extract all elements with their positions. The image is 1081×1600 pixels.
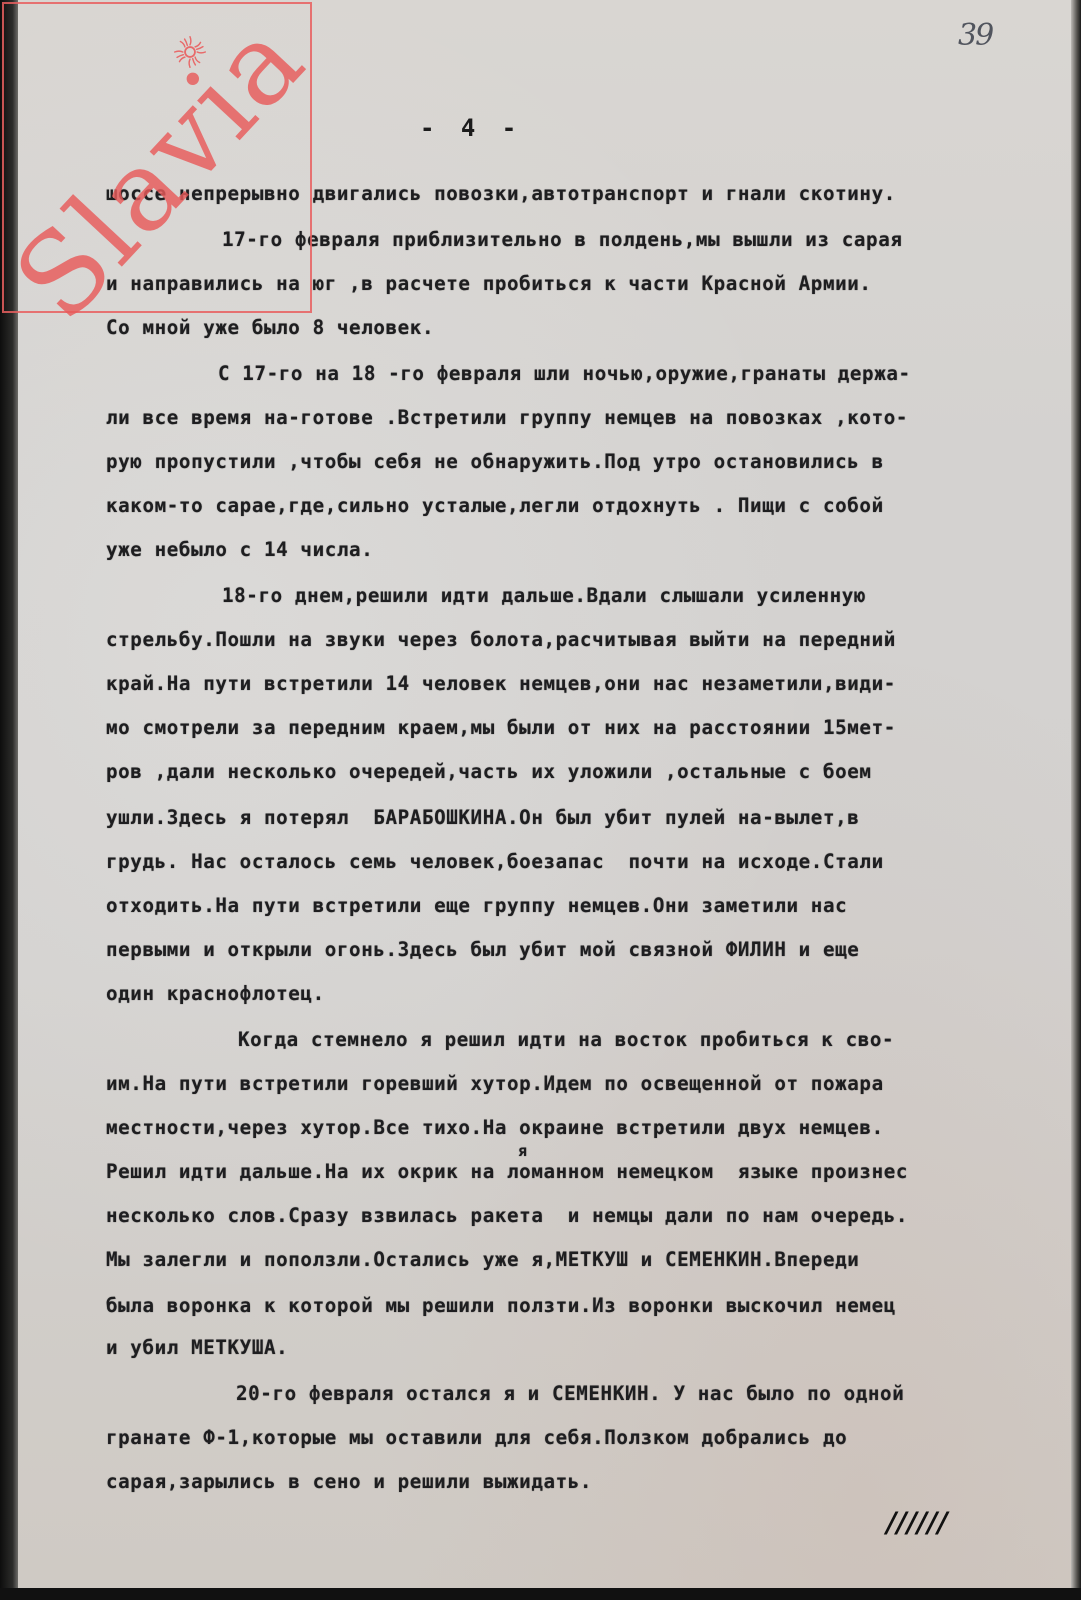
text-line: несколько слов.Сразу взвилась ракета и н… bbox=[106, 1204, 908, 1227]
handwritten-insertion: я bbox=[518, 1142, 528, 1160]
folio-number: 39 bbox=[958, 18, 992, 53]
text-line: С 17-го на 18 -го февраля шли ночью,оруж… bbox=[218, 362, 911, 385]
sun-icon bbox=[172, 34, 208, 70]
text-line: 20-го февраля остался я и СЕМЕНКИН. У на… bbox=[236, 1382, 904, 1405]
text-line: уже небыло с 14 числа. bbox=[106, 538, 373, 561]
text-line: первыми и открыли огонь.Здесь был убит м… bbox=[106, 938, 859, 961]
text-line: грудь. Нас осталось семь человек,боезапа… bbox=[106, 850, 884, 873]
text-line: край.На пути встретили 14 человек немцев… bbox=[106, 672, 896, 695]
text-line: один краснофлотец. bbox=[106, 982, 325, 1005]
text-line: была воронка к которой мы решили ползти.… bbox=[106, 1294, 896, 1317]
page-right-edge bbox=[1071, 0, 1081, 1600]
text-line: стрельбу.Пошли на звуки через болота,рас… bbox=[106, 628, 896, 651]
text-line: каком-то сарае,где,сильно усталые,легли … bbox=[106, 494, 884, 517]
page-bottom-edge bbox=[0, 1588, 1081, 1600]
text-line: Мы залегли и поползли.Остались уже я,МЕТ… bbox=[106, 1248, 859, 1271]
text-line: отходить.На пути встретили еще группу не… bbox=[106, 894, 847, 917]
text-line: ли все время на-готове .Встретили группу… bbox=[106, 406, 908, 429]
text-line: ров ,дали несколько очередей,часть их ул… bbox=[106, 760, 872, 783]
text-line: гранате Ф-1,которые мы оставили для себя… bbox=[106, 1426, 847, 1449]
page-number: - 4 - bbox=[420, 114, 522, 142]
text-line: местности,через хутор.Все тихо.На окраин… bbox=[106, 1116, 884, 1139]
text-line: Со мной уже было 8 человек. bbox=[106, 316, 434, 339]
text-line: ушли.Здесь я потерял БАРАБОШКИНА.Он был … bbox=[106, 806, 859, 829]
text-line: мо смотрели за передним краем,мы были от… bbox=[106, 716, 896, 739]
text-line: 17-го февраля приблизительно в полдень,м… bbox=[222, 228, 903, 251]
text-line: и убил МЕТКУША. bbox=[106, 1336, 288, 1359]
end-marks: ////// bbox=[886, 1506, 947, 1539]
text-line: 18-го днем,решили идти дальше.Вдали слыш… bbox=[222, 584, 866, 607]
text-line: им.На пути встретили горевший хутор.Идем… bbox=[106, 1072, 884, 1095]
text-line: Когда стемнело я решил идти на восток пр… bbox=[238, 1028, 894, 1051]
text-line: рую пропустили ,чтобы себя не обнаружить… bbox=[106, 450, 884, 473]
text-line: сарая,зарылись в сено и решили выжидать. bbox=[106, 1470, 592, 1493]
text-line: и направились на юг ,в расчете пробиться… bbox=[106, 272, 872, 295]
text-line: Решил идти дальше.На их окрик на ломанно… bbox=[106, 1160, 908, 1183]
